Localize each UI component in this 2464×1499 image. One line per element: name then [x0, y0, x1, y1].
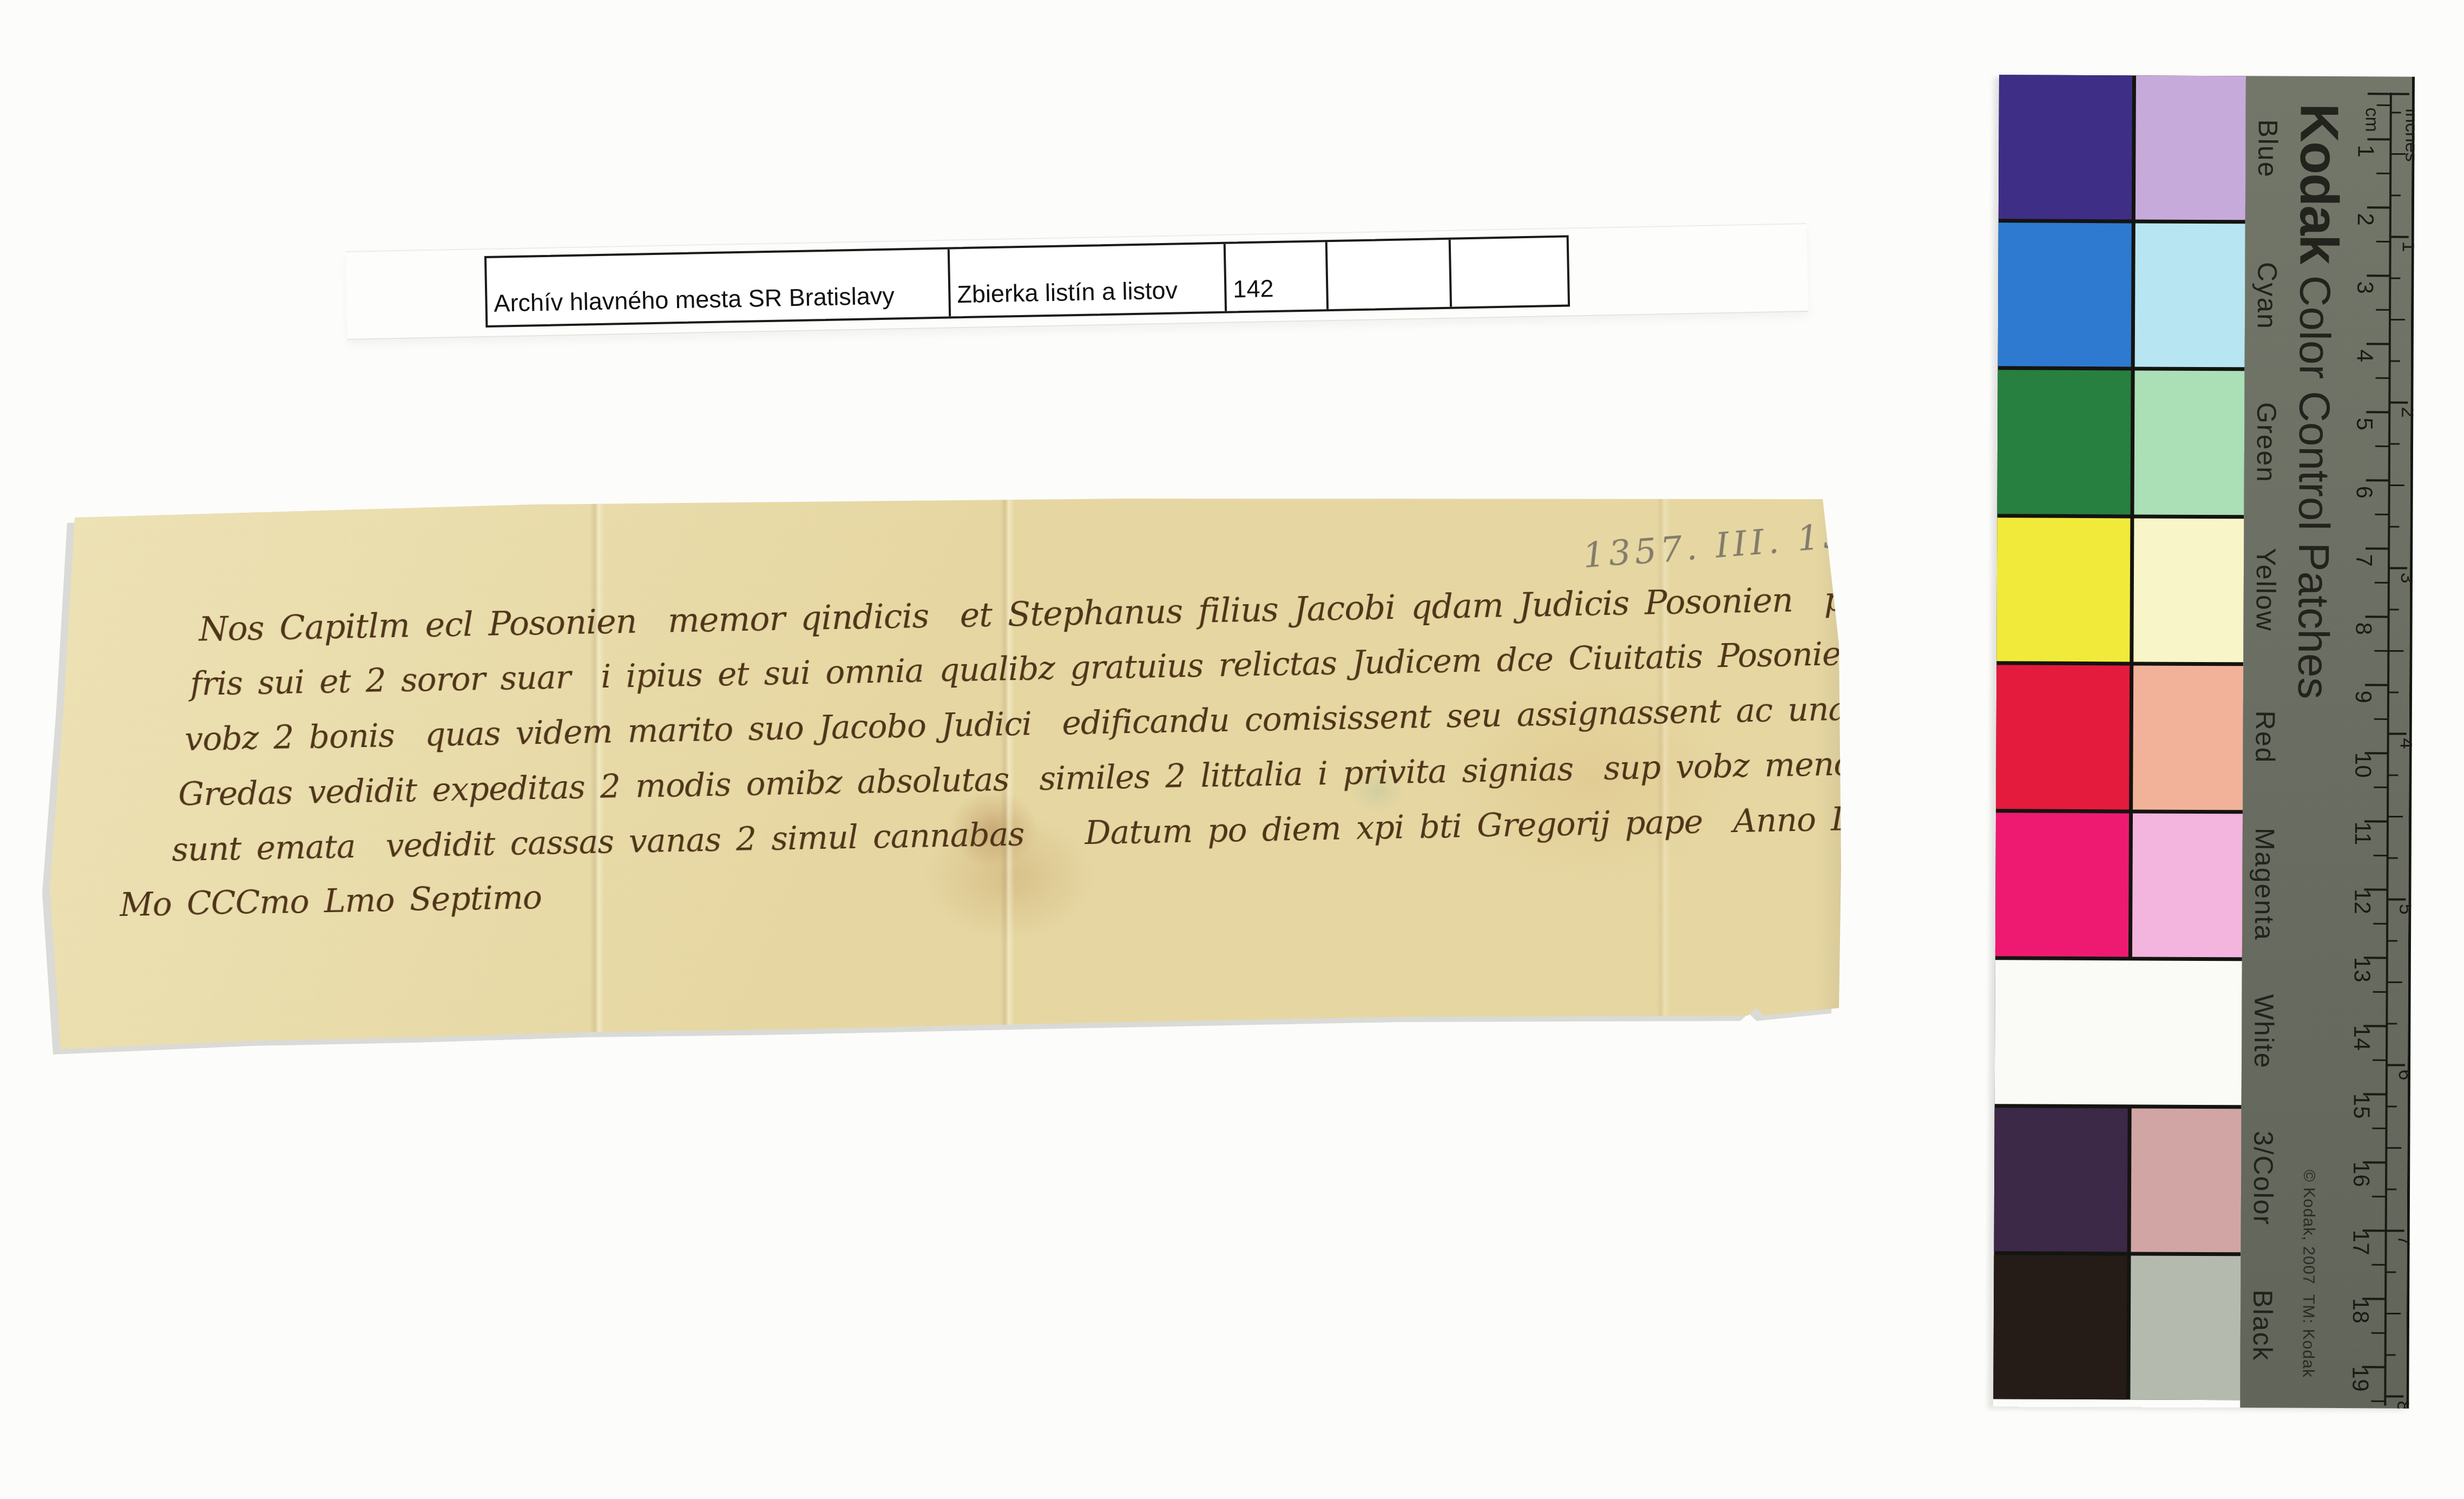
- patch-cyan-strong: [1998, 222, 2132, 367]
- patch-black-strong: [1993, 1255, 2127, 1400]
- archive-label-table: Archív hlavného mesta SR BratislavyZbier…: [484, 235, 1570, 328]
- patch-black-pale: [2130, 1256, 2240, 1400]
- manuscript-line: Mo CCCmo Lmo Septimo: [120, 879, 542, 924]
- ruler-inch-number: 3: [2397, 573, 2415, 584]
- ruler-cm-number: 14: [2349, 1025, 2375, 1051]
- ruler-cm-label: cm: [2362, 108, 2382, 132]
- ruler-inch-number: 6: [2395, 1070, 2415, 1081]
- ruler-cm-number: 9: [2351, 690, 2376, 703]
- archive-label-paper: Archív hlavného mesta SR BratislavyZbier…: [346, 223, 1809, 340]
- ruler-cm-number: 5: [2352, 417, 2377, 430]
- ruler-inch-number: 5: [2395, 904, 2415, 915]
- patch-blue-strong: [1999, 75, 2132, 219]
- ruler-cm-number: 3: [2353, 281, 2378, 294]
- ruler-cm-number: 4: [2353, 349, 2378, 362]
- ruler-cm-number: 1: [2353, 145, 2378, 158]
- ruler-cm-number: 6: [2352, 486, 2377, 499]
- patch-red-strong: [1996, 665, 2130, 810]
- ruler-inch-number: 8: [2393, 1401, 2415, 1409]
- manuscript-line: sunt emata vedidit cassas vanas 2 simul …: [172, 800, 1887, 869]
- patch-yellow-pale: [2133, 518, 2244, 662]
- ruler-cm-number: 2: [2353, 213, 2378, 226]
- patch-red-pale: [2133, 666, 2243, 810]
- ruler-inch-number: 4: [2396, 738, 2415, 749]
- ruler-cm-number: 17: [2348, 1230, 2374, 1255]
- ruler-cm-number: 7: [2351, 554, 2377, 567]
- archive-label-cell: [1451, 238, 1568, 307]
- ruler-cm-number: 13: [2350, 957, 2375, 983]
- patch-green-pale: [2134, 371, 2244, 515]
- color-patch-grid: [1993, 75, 2246, 1400]
- archive-label-cell: Archív hlavného mesta SR Bratislavy: [487, 250, 951, 325]
- ruler-cm-number: 10: [2350, 752, 2376, 778]
- patch-white: [1995, 960, 2242, 1105]
- ruler-cm-number: 15: [2349, 1094, 2375, 1119]
- patch-green-strong: [1997, 370, 2131, 514]
- ruler-inch-number: 7: [2394, 1235, 2415, 1246]
- ruler-inch-number: 2: [2397, 407, 2415, 418]
- ruler-cm-number: 16: [2349, 1162, 2374, 1187]
- patch-magenta-strong: [1995, 813, 2129, 957]
- archive-label-cell: 142: [1226, 242, 1329, 311]
- patch-blue-pale: [2136, 75, 2246, 219]
- ruler-cm-number: 19: [2348, 1366, 2373, 1392]
- ruler-cm-number: 11: [2350, 821, 2376, 845]
- pencil-date-annotation: 1357. III. 13.: [1581, 514, 1865, 577]
- archive-label-cell: Zbierka listín a listov: [950, 244, 1227, 317]
- ruler-cm-number: 8: [2351, 622, 2376, 635]
- ruler-cm-number: 18: [2348, 1298, 2374, 1324]
- kodak-color-control-strip: BlueCyanGreenYellowRedMagentaWhite3/Colo…: [1993, 75, 2415, 1408]
- archive-label-cell: [1328, 240, 1452, 309]
- patch-3-color-pale: [2131, 1108, 2242, 1252]
- kodak-gray-panel: BlueCyanGreenYellowRedMagentaWhite3/Colo…: [2240, 76, 2415, 1408]
- patch-cyan-pale: [2135, 223, 2245, 367]
- patch-yellow-strong: [1996, 518, 2130, 662]
- scanned-archive-page: Archív hlavného mesta SR BratislavyZbier…: [0, 0, 2464, 1499]
- ruler: cminches12345678910111213141516171819123…: [2240, 76, 2415, 1408]
- parchment-charter: 1357. III. 13. Nos Capitlm ecl Posonien …: [43, 487, 1856, 1142]
- ruler-main-line: [2385, 93, 2391, 1405]
- ruler-inch-number: 1: [2399, 241, 2415, 252]
- patch-3-color-strong: [1994, 1108, 2128, 1252]
- patch-magenta-pale: [2132, 813, 2243, 957]
- ruler-cm-number: 12: [2350, 889, 2375, 914]
